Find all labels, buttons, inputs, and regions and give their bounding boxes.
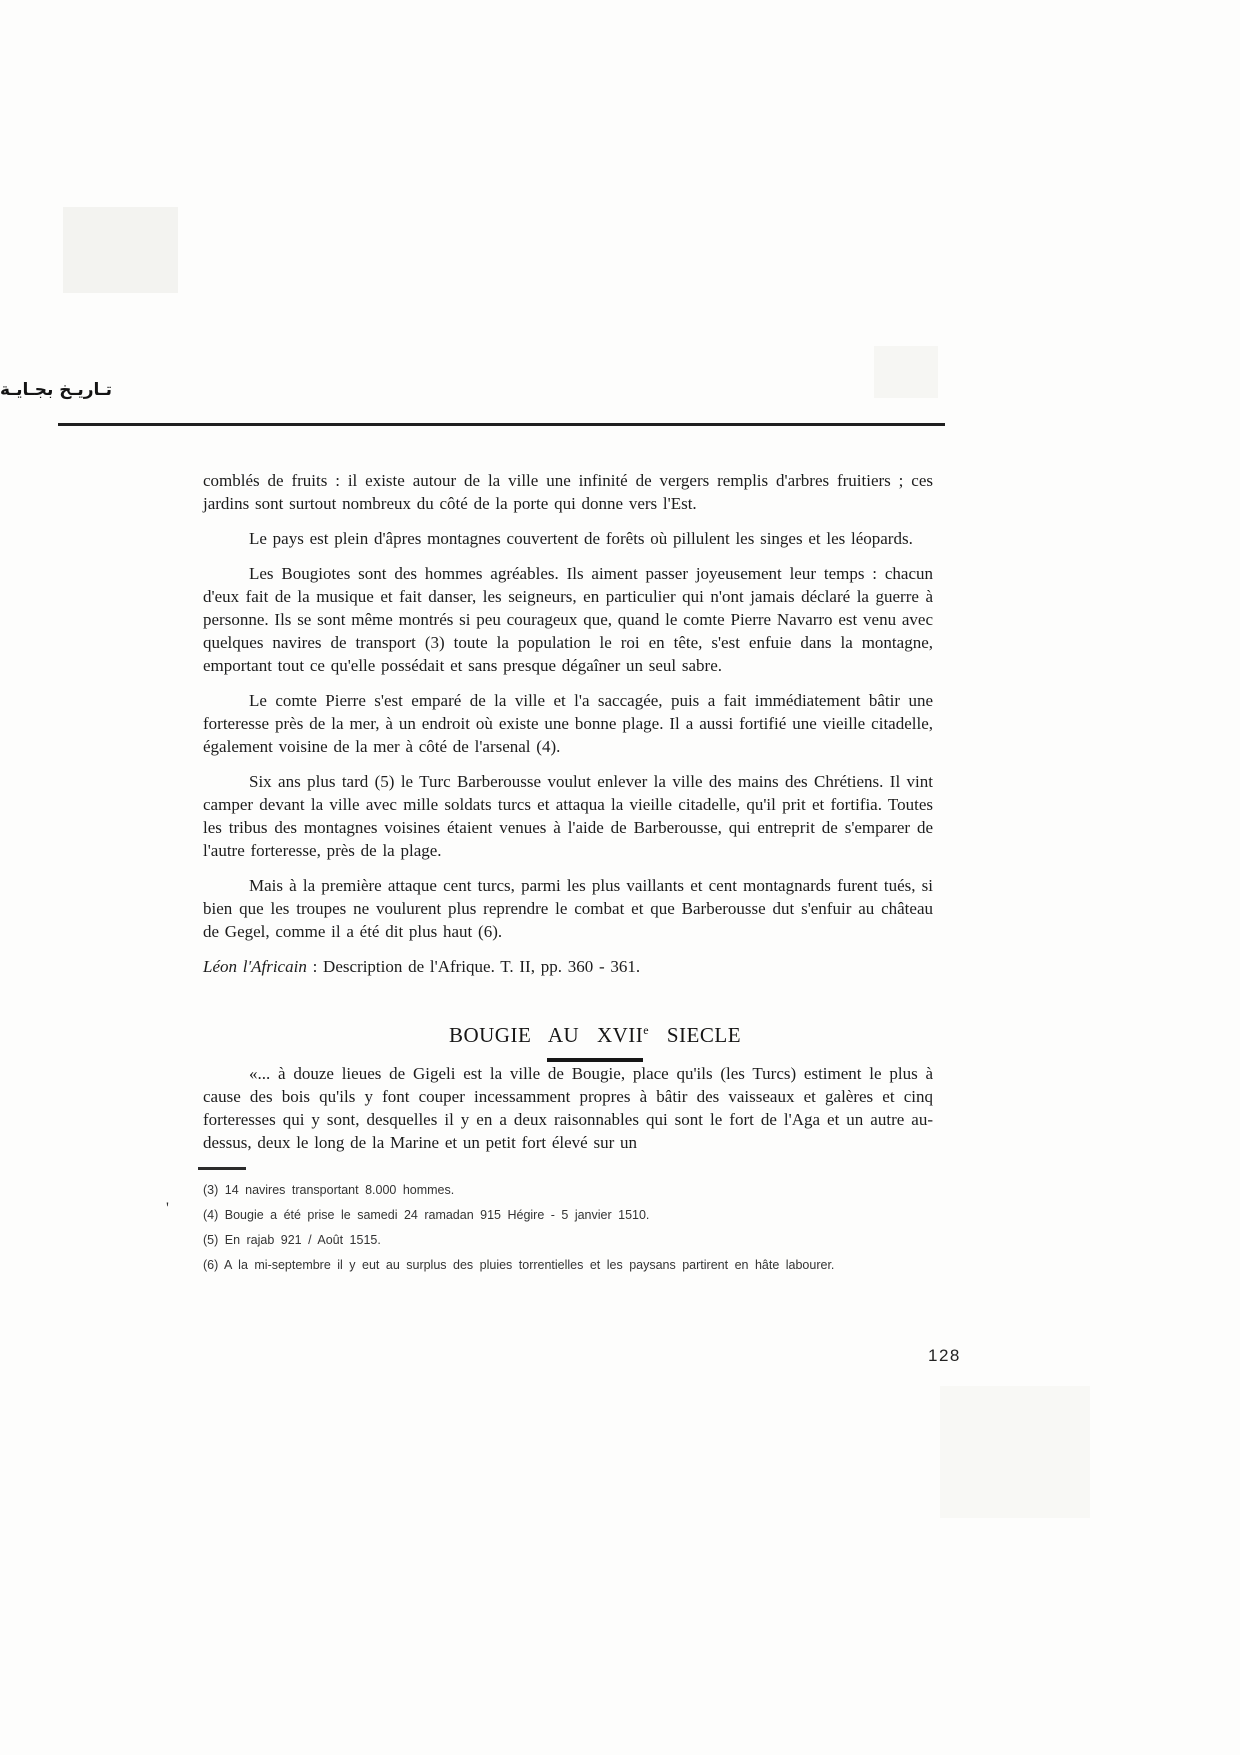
- footnote-item: (3) 14 navires transportant 8.000 hommes…: [203, 1178, 933, 1203]
- source-author: Léon l'Africain: [203, 957, 307, 976]
- footnotes-block: (3) 14 navires transportant 8.000 hommes…: [203, 1178, 933, 1278]
- section-heading: BOUGIE AU XVIIe SIECLE: [230, 1018, 960, 1047]
- source-citation: Léon l'Africain : Description de l'Afriq…: [203, 955, 933, 978]
- footnote-item: (4) Bougie a été prise le samedi 24 rama…: [203, 1203, 933, 1228]
- body-paragraph: Les Bougiotes sont des hommes agréables.…: [203, 562, 933, 677]
- section-heading-tail: SIECLE: [649, 1023, 741, 1047]
- scan-artifact-blotch: [940, 1386, 1090, 1518]
- body-paragraph: Six ans plus tard (5) le Turc Barberouss…: [203, 770, 933, 862]
- footnote-item: (6) A la mi-septembre il y eut au surplu…: [203, 1253, 933, 1278]
- body-paragraph: Mais à la première attaque cent turcs, p…: [203, 874, 933, 943]
- header-rule: [58, 423, 945, 426]
- body-paragraph: comblés de fruits : il existe autour de …: [203, 469, 933, 515]
- footnote-item: (5) En rajab 921 / Août 1515.: [203, 1228, 933, 1253]
- section-heading-underline: [547, 1058, 643, 1062]
- text-column: comblés de fruits : il existe autour de …: [203, 469, 933, 1278]
- scan-artifact-blotch: [63, 207, 178, 293]
- source-reference: : Description de l'Afrique. T. II, pp. 3…: [307, 957, 640, 976]
- footnote-separator-rule: [198, 1167, 246, 1170]
- body-paragraph: Le comte Pierre s'est emparé de la ville…: [203, 689, 933, 758]
- scan-artifact-mark: ': [166, 1200, 169, 1218]
- quote-paragraph: «... à douze lieues de Gigeli est la vil…: [203, 1062, 933, 1154]
- body-paragraph: Le pays est plein d'âpres montagnes couv…: [203, 527, 933, 550]
- scanned-document-page: تـاريـخ بجـايـة comblés de fruits : il e…: [0, 0, 1240, 1755]
- arabic-running-title: تـاريـخ بجـايـة: [0, 380, 884, 400]
- page-number: 128: [928, 1346, 961, 1366]
- section-heading-main: BOUGIE AU XVII: [449, 1023, 643, 1047]
